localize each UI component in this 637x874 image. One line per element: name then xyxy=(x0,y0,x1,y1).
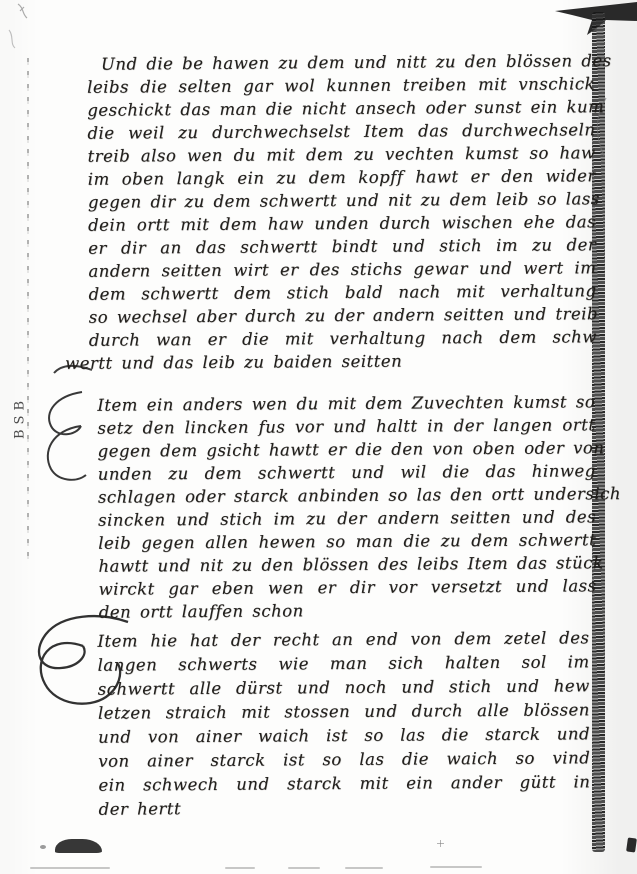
scan-artifact-bottom-right xyxy=(626,837,637,852)
manuscript-line: hawtt und nit zu den blössen des leibs I… xyxy=(98,551,596,577)
scan-shadow-dash xyxy=(345,867,383,869)
scan-artifact-top-right xyxy=(540,0,637,36)
scan-shadow-dash xyxy=(30,867,110,869)
manuscript-line: Item hie hat der recht an end von dem ze… xyxy=(97,626,589,653)
scan-speck-top-left xyxy=(14,2,30,20)
manuscript-line: und von ainer waich ist so las die starc… xyxy=(98,722,590,749)
manuscript-line: schlagen oder starck anbinden so las den… xyxy=(98,482,596,508)
manuscript-line: den ortt lauffen schon xyxy=(99,597,597,623)
manuscript-paragraph-1: Und die be hawen zu dem und nitt zu den … xyxy=(87,49,597,375)
manuscript-line: der hertt xyxy=(99,794,591,821)
ink-blot xyxy=(55,839,102,853)
manuscript-line: sincken und stich im zu der andern seitt… xyxy=(98,505,596,531)
library-stamp: BSB xyxy=(13,390,28,446)
manuscript-paragraph-3: Item hie hat der recht an end von dem ze… xyxy=(97,626,590,821)
manuscript-line: durch wan er die mit verhaltung nach dem… xyxy=(89,325,597,352)
manuscript-line: leib gegen allen hewen so man die zu dem… xyxy=(98,528,596,554)
page-edge-line xyxy=(27,58,29,563)
initial-flourish-paragraph-2 xyxy=(36,386,98,488)
scan-shadow-dash xyxy=(288,867,320,869)
scan-shadow-dash xyxy=(225,867,255,869)
scan-shadow-dash xyxy=(430,866,482,868)
scan-speck-left xyxy=(6,28,18,50)
manuscript-line: schwertt alle dürst und noch und stich u… xyxy=(98,674,590,701)
manuscript-line: Item ein anders wen du mit dem Zuvechten… xyxy=(97,390,595,416)
manuscript-line: wirckt gar eben wen er dir vor versetzt … xyxy=(98,574,596,600)
manuscript-line: letzen straich mit stossen und durch all… xyxy=(98,698,590,725)
manuscript-page: BSB Und die be hawen zu dem und nitt zu … xyxy=(0,0,637,874)
manuscript-line: setz den lincken fus vor und haltt in de… xyxy=(97,413,595,439)
manuscript-line: ein schwech und starck mit ein ander güt… xyxy=(98,770,590,797)
manuscript-line: von ainer starck ist so las die waich so… xyxy=(98,746,590,773)
manuscript-line: wertt und das leib zu baiden seitten xyxy=(65,348,597,375)
manuscript-line: langen schwerts wie man sich halten sol … xyxy=(98,650,590,677)
manuscript-line: gegen dem gsicht hawtt er die den von ob… xyxy=(98,436,596,462)
ink-speck xyxy=(40,845,46,849)
manuscript-line: unden zu dem schwertt und wil die das hi… xyxy=(98,459,596,485)
plus-mark xyxy=(437,843,444,844)
manuscript-paragraph-2: Item ein anders wen du mit dem Zuvechten… xyxy=(97,390,597,623)
